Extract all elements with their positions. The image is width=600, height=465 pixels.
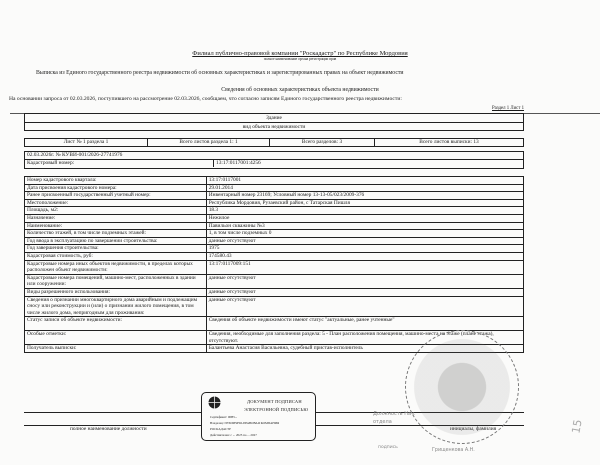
row-value: 29.01.2014 (206, 184, 523, 192)
row-value: Сведения об объекте недвижимости имеют с… (206, 317, 523, 331)
row-value: данные отсутствуют (206, 288, 523, 296)
row-label: Год завершения строительства: (25, 245, 207, 253)
position-caption: полное наименование должности (70, 426, 147, 432)
extract-title: Выписка из Единого государственного реес… (36, 70, 404, 76)
organization-name: Филиал публично-правовой компании "Роска… (0, 50, 600, 57)
organization-caption: полное наименование органа регистрации п… (0, 57, 600, 61)
table-row: Сведения о признании многоквартирного до… (25, 296, 524, 317)
row-label: Кадастровые номера иных объектов недвижи… (25, 260, 207, 274)
row-label: Площадь, м2: (25, 207, 207, 215)
row-value: Республика Мордовия, Рузаевский район, с… (206, 199, 523, 207)
row-value: 13:17:0117009:151 (206, 260, 523, 274)
cadastral-number-value: 13:17:0117001:4256 (214, 160, 263, 167)
row-label: Номер кадастрового квартала: (25, 177, 207, 185)
row-label: Количество этажей, в том числе подземных… (25, 230, 207, 238)
stamp-validity: Действителен: с ... 2025 по ... 2027 (210, 433, 257, 437)
margin-note: 15 (569, 418, 584, 434)
object-type-box: Здание вид объекта недвижимости (24, 113, 524, 131)
row-label: Кадастровая стоимость, руб: (25, 252, 207, 260)
request-text: На основании запроса от 02.03.2026, пост… (9, 96, 402, 102)
row-value: 174580.43 (206, 252, 523, 260)
row-label: Особые отметки: (25, 331, 207, 345)
table-row: Кадастровая стоимость, руб:174580.43 (25, 252, 524, 260)
row-value: 1975 (206, 245, 523, 253)
stamp-cert: Сертификат: 00B5... (210, 415, 237, 419)
sheet-number: Лист № 1 раздела 1 (25, 139, 148, 146)
row-value: Павильон скважины №3 (206, 222, 523, 230)
row-label: Наименование: (25, 222, 207, 230)
row-label: Кадастровые номера помещений, машино-мес… (25, 274, 207, 288)
row-label: Ранее присвоенный государственный учетны… (25, 192, 207, 200)
table-row: Кадастровые номера иных объектов недвижи… (25, 260, 524, 274)
stamp-line1: ДОКУМЕНТ ПОДПИСАН (247, 399, 302, 404)
table-row: Статус записи об объекте недвижимости:Св… (25, 317, 524, 331)
table-row: Местоположение:Республика Мордовия, Руза… (25, 199, 524, 207)
row-value: Нежилое (206, 214, 523, 222)
official-seal (405, 330, 519, 444)
table-row: Номер кадастрового квартала:13:17:011700… (25, 177, 524, 185)
object-type: Здание (25, 114, 523, 123)
row-value: данные отсутствуют (206, 237, 523, 245)
signature-caption: подпись (378, 445, 398, 450)
sections-total: Всего разделов: 3 (270, 139, 375, 146)
table-row: Кадастровые номера помещений, машино-мес… (25, 274, 524, 288)
table-row: Дата присвоения кадастрового номера:29.0… (25, 184, 524, 192)
row-label: Сведения о признании многоквартирного до… (25, 296, 207, 317)
section-sheet-label: Раздел 1 Лист 1 (492, 106, 524, 111)
row-value: данные отсутствуют (206, 296, 523, 317)
row-label: Местоположение: (25, 199, 207, 207)
row-label: Виды разрешенного использования: (25, 288, 207, 296)
row-label: Назначение: (25, 214, 207, 222)
table-row: Год завершения строительства:1975 (25, 245, 524, 253)
extract-sheets-total: Всего листов выписки: 13 (375, 139, 523, 146)
object-type-caption: вид объекта недвижимости (25, 123, 523, 131)
table-row: Количество этажей, в том числе подземных… (25, 230, 524, 238)
row-value: 18.3 (206, 207, 523, 215)
section-sheets-total: Всего листов раздела 1: 1 (148, 139, 270, 146)
sheet-info-row: Лист № 1 раздела 1 Всего листов раздела … (24, 138, 524, 147)
table-row: Ранее присвоенный государственный учетны… (25, 192, 524, 200)
e-signature-stamp: ДОКУМЕНТ ПОДПИСАН ЭЛЕКТРОННОЙ ПОДПИСЬЮ С… (201, 392, 316, 441)
stamp-owner2: РОСКАДАСТР (210, 427, 231, 431)
cadastral-number-label: Кадастровый номер: (25, 160, 214, 167)
characteristics-table: Номер кадастрового квартала:13:17:011700… (24, 176, 524, 353)
table-row: Площадь, м2:18.3 (25, 207, 524, 215)
row-value: 13:17:0117001 (206, 177, 523, 185)
row-value: данные отсутствуют (206, 274, 523, 288)
section-title: Сведения об основных характеристиках объ… (0, 87, 600, 93)
row-value: Инвентарный номер 23169; Условный номер … (206, 192, 523, 200)
table-row: Год ввода в эксплуатацию по завершении с… (25, 237, 524, 245)
stamp-line2: ЭЛЕКТРОННОЙ ПОДПИСЬЮ (244, 407, 308, 412)
row-label: Получатель выписки: (25, 345, 207, 353)
row-label: Год ввода в эксплуатацию по завершении с… (25, 237, 207, 245)
record-box: 02.03.2026г. № КУВИ-001/2026-27741976 Ка… (24, 151, 524, 169)
table-row: Наименование:Павильон скважины №3 (25, 222, 524, 230)
record-date-number: 02.03.2026г. № КУВИ-001/2026-27741976 (25, 152, 523, 160)
stamp-owner: Владелец: ПУБЛИЧНО-ПРАВОВАЯ КОМПАНИЯ (210, 421, 279, 425)
roskadastr-logo-icon (208, 396, 221, 409)
table-row: Назначение:Нежилое (25, 214, 524, 222)
row-label: Дата присвоения кадастрового номера: (25, 184, 207, 192)
row-value: 1, в том числе подземных 0 (206, 230, 523, 238)
table-row: Виды разрешенного использования:данные о… (25, 288, 524, 296)
row-label: Статус записи об объекте недвижимости: (25, 317, 207, 331)
name-handwritten: Грищенкова А.Н. (432, 448, 475, 453)
